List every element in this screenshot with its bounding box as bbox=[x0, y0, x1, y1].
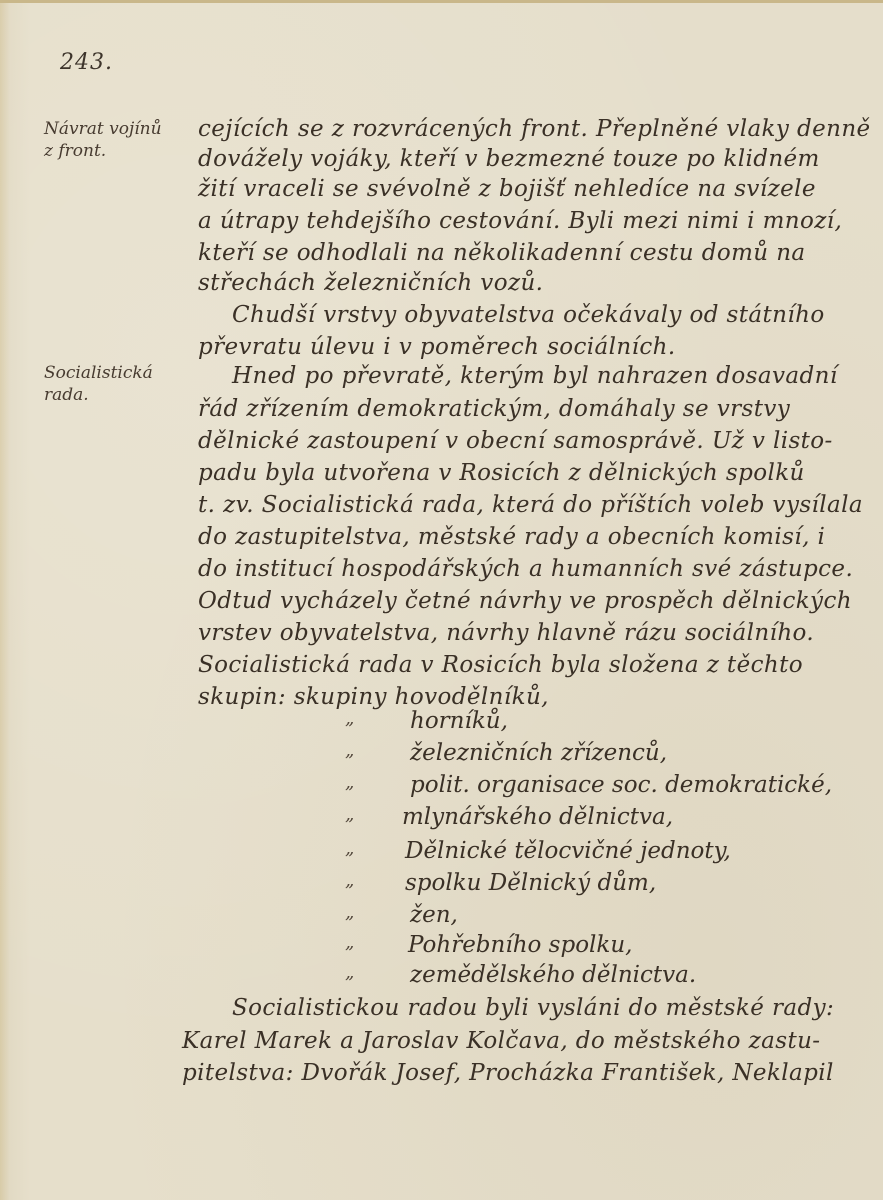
group-name: polit. organisace soc. demokratické, bbox=[410, 772, 832, 798]
ditto-mark: „ bbox=[345, 962, 354, 983]
text-line: řád zřízením demokratickým, domáhaly se … bbox=[198, 396, 790, 422]
margin-note-line: Návrat vojínů bbox=[44, 118, 194, 140]
text-line: cejících se z rozvrácených front. Přepln… bbox=[198, 116, 871, 142]
text-line: Socialistickou radou byli vysláni do měs… bbox=[232, 995, 834, 1021]
ditto-mark: „ bbox=[345, 804, 354, 825]
group-name: žen, bbox=[410, 902, 458, 928]
text-line: Socialistická rada v Rosicích byla slože… bbox=[198, 652, 803, 678]
text-line: žití vraceli se svévolně z bojišť nehled… bbox=[198, 176, 816, 202]
page-number: 243. bbox=[60, 50, 113, 75]
text-line: Hned po převratě, kterým byl nahrazen do… bbox=[232, 363, 838, 389]
margin-note-line: Socialistická bbox=[44, 362, 194, 384]
group-name: Pohřebního spolku, bbox=[408, 932, 632, 958]
text-line: t. zv. Socialistická rada, která do příš… bbox=[198, 492, 863, 518]
ditto-mark: „ bbox=[345, 838, 354, 859]
text-line: do institucí hospodářských a humanních s… bbox=[198, 556, 853, 582]
text-line: převratu úlevu i v poměrech sociálních. bbox=[198, 334, 676, 360]
margin-note-line: z front. bbox=[44, 140, 194, 162]
group-name: spolku Dělnický dům, bbox=[405, 870, 656, 896]
ditto-mark: „ bbox=[345, 708, 354, 729]
ditto-mark: „ bbox=[345, 772, 354, 793]
group-name: železničních zřízenců, bbox=[410, 740, 667, 766]
margin-note-line: rada. bbox=[44, 384, 194, 406]
group-name: horníků, bbox=[410, 708, 508, 734]
text-line: Chudší vrstvy obyvatelstva očekávaly od … bbox=[232, 302, 825, 328]
text-line: a útrapy tehdejšího cestování. Byli mezi… bbox=[198, 208, 842, 234]
ditto-mark: „ bbox=[345, 902, 354, 923]
text-line: dovážely vojáky, kteří v bezmezné touze … bbox=[198, 146, 820, 172]
text-line: Karel Marek a Jaroslav Kolčava, do městs… bbox=[182, 1028, 820, 1054]
ditto-mark: „ bbox=[345, 740, 354, 761]
margin-note-return-of-soldiers: Návrat vojínů z front. bbox=[44, 118, 194, 162]
ditto-mark: „ bbox=[345, 870, 354, 891]
text-line: pitelstva: Dvořák Josef, Procházka Frant… bbox=[182, 1060, 834, 1086]
ditto-mark: „ bbox=[345, 932, 354, 953]
text-line: padu byla utvořena v Rosicích z dělnický… bbox=[198, 460, 805, 486]
group-name: Dělnické tělocvičné jednoty, bbox=[405, 838, 731, 864]
text-line: dělnické zastoupení v obecní samosprávě.… bbox=[198, 428, 833, 454]
text-line: střechách železničních vozů. bbox=[198, 270, 543, 296]
margin-note-socialist-council: Socialistická rada. bbox=[44, 362, 194, 406]
text-line: do zastupitelstva, městské rady a obecní… bbox=[198, 524, 825, 550]
text-line: kteří se odhodlali na několikadenní cest… bbox=[198, 240, 806, 266]
manuscript-page: 243. Návrat vojínů z front. Socialistick… bbox=[0, 0, 883, 1200]
group-name: zemědělského dělnictva. bbox=[410, 962, 696, 988]
text-line: Odtud vycházely četné návrhy ve prospěch… bbox=[198, 588, 852, 614]
text-line: skupin: skupiny hovodělníků, bbox=[198, 684, 549, 710]
group-name: mlynářského dělnictva, bbox=[402, 804, 673, 830]
text-line: vrstev obyvatelstva, návrhy hlavně rázu … bbox=[198, 620, 814, 646]
